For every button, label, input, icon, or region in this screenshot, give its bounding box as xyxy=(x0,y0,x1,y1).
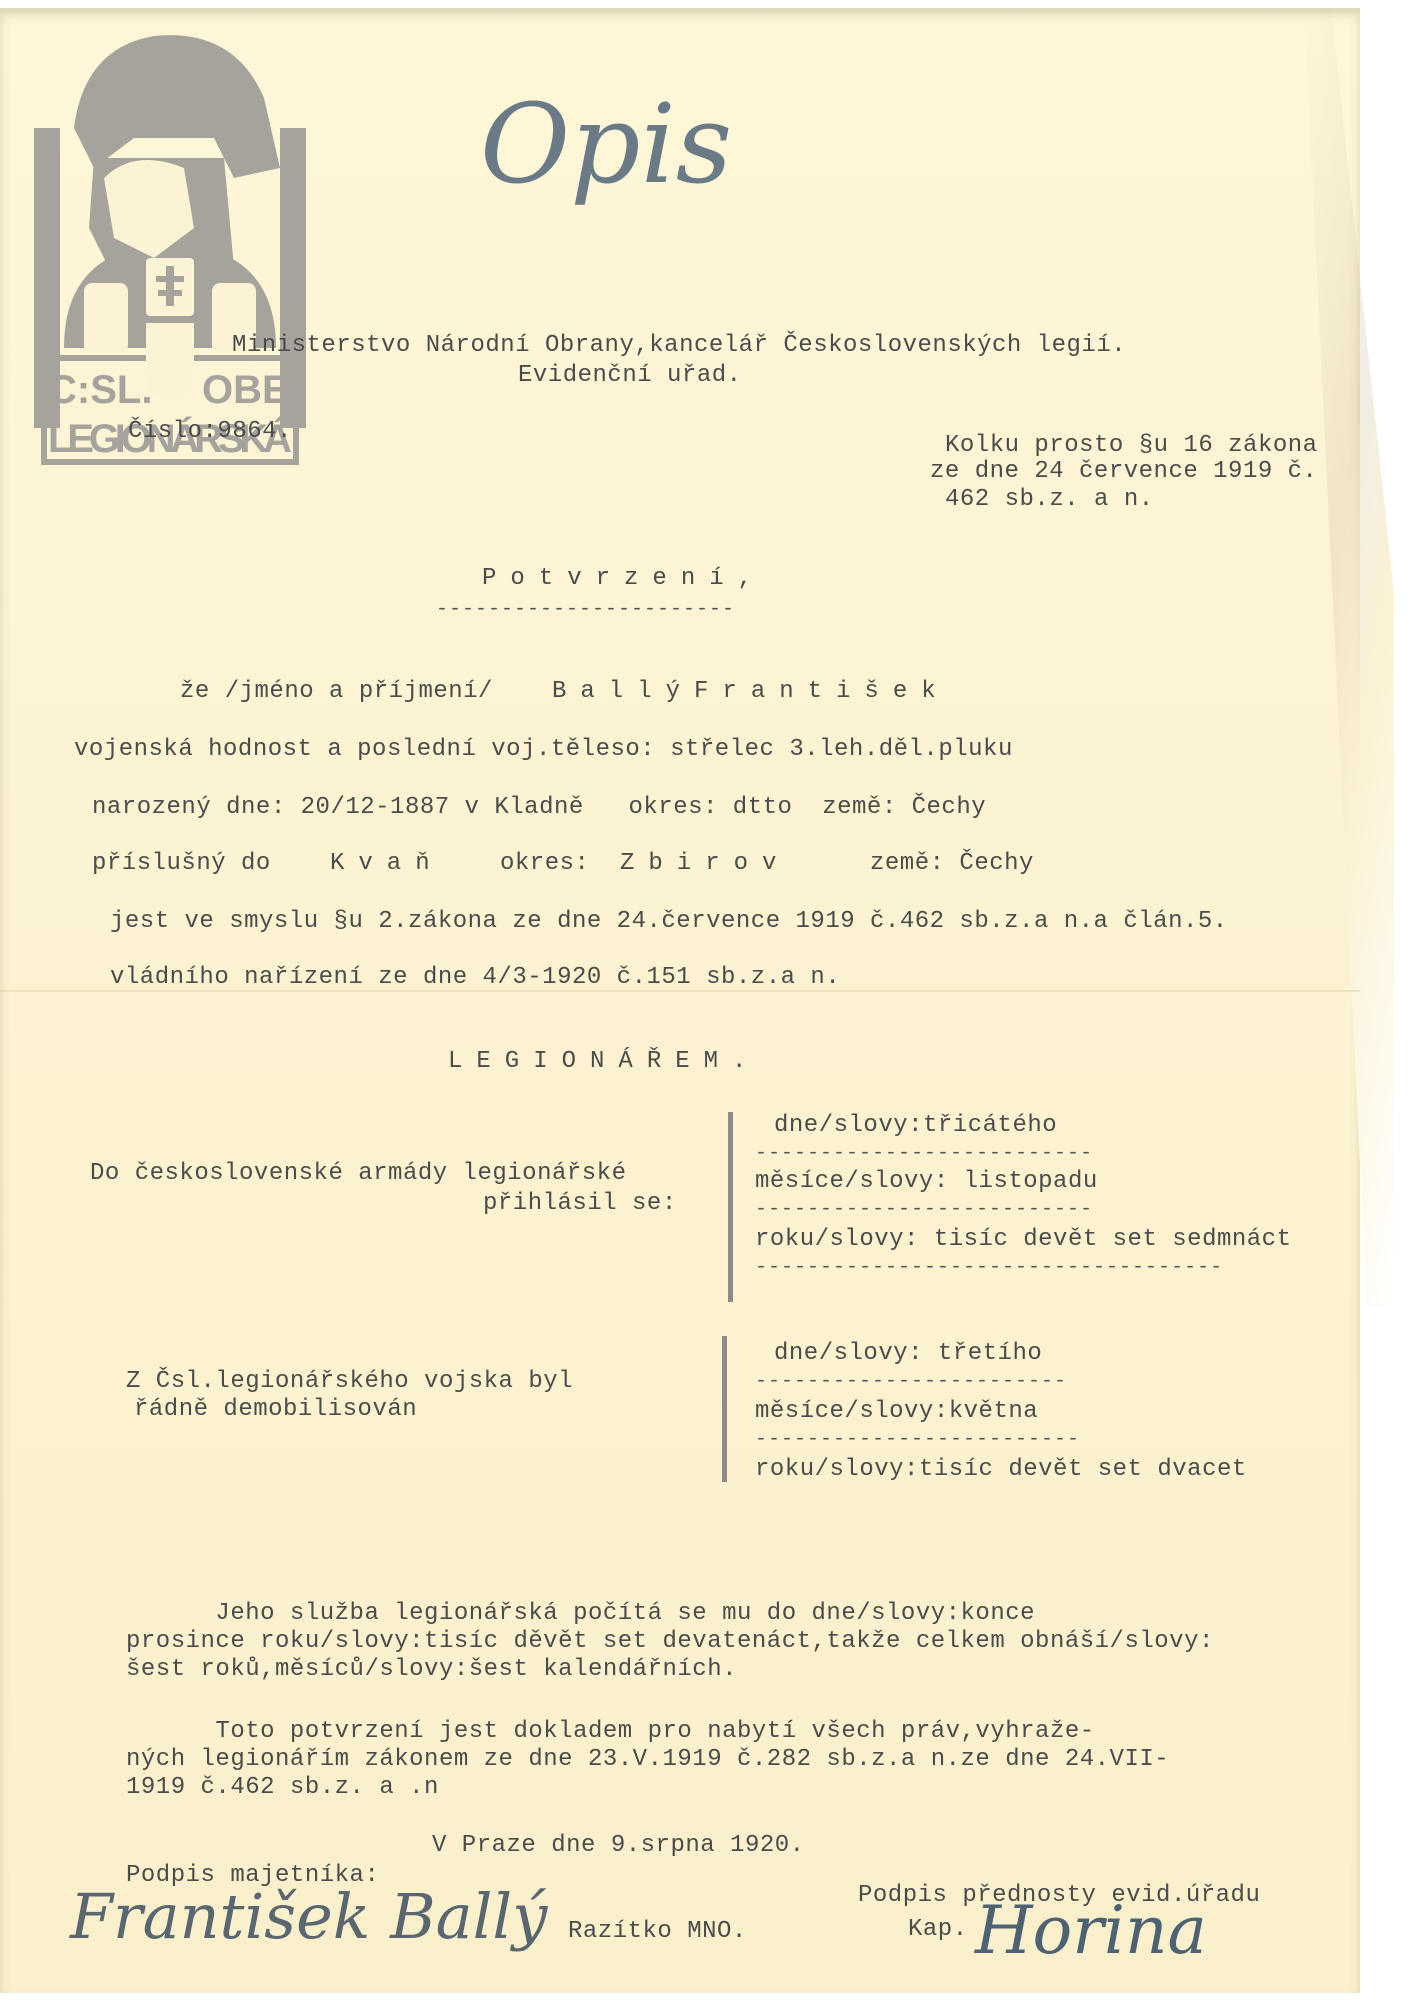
district-label: okres: xyxy=(500,850,589,877)
chief-signature: Horina xyxy=(975,1892,1207,1969)
svg-text:OBEC: OBEC xyxy=(202,368,306,412)
domicile-label: příslušný do xyxy=(92,850,271,877)
demob-day-underline: ------------------------ xyxy=(755,1370,1067,1393)
owner-signature: František Ballý xyxy=(70,1880,547,1953)
chief-rank: Kap. xyxy=(908,1916,968,1943)
stamp-note-line-1: Kolku prosto §u 16 zákona xyxy=(945,432,1318,459)
name-value: BallýFrantišek xyxy=(552,678,950,705)
office-heading: Evidenční uřad. xyxy=(518,362,742,389)
demob-bracket xyxy=(722,1336,727,1482)
enlistment-day: dne/slovy:třicátého xyxy=(774,1112,1057,1139)
legion-logo-icon: C:SL. OBEC LEGIONÁRSKÁ xyxy=(34,28,306,468)
service-line-1: Jeho služba legionářská počítá se mu do … xyxy=(126,1600,1035,1627)
document-number: Číslo:9864. xyxy=(128,418,292,445)
demob-label-1: Z Čsl.legionářského vojska byl xyxy=(126,1368,573,1395)
law-line-1: jest ve smyslu §u 2.zákona ze dne 24.čer… xyxy=(110,908,1228,935)
demob-year: roku/slovy:tisíc devět set dvacet xyxy=(755,1456,1247,1483)
svg-text:C:SL.: C:SL. xyxy=(48,368,152,412)
demob-day: dne/slovy: třetího xyxy=(774,1340,1042,1367)
document-title: Potvrzení, xyxy=(482,565,766,592)
stamp-note-line-2: ze dne 24 července 1919 č. xyxy=(930,458,1317,485)
enlistment-month: měsíce/slovy: listopadu xyxy=(755,1168,1098,1195)
district-value: Zbirov xyxy=(620,850,790,877)
law-line-2: vládního nařízení ze dne 4/3-1920 č.151 … xyxy=(110,964,840,991)
enlistment-month-underline: -------------------------- xyxy=(755,1198,1093,1221)
service-line-2: prosince roku/slovy:tisíc děvět set deva… xyxy=(126,1628,1214,1655)
enlistment-year-underline: ------------------------------------ xyxy=(755,1256,1223,1279)
birth-line: narozený dne: 20/12-1887 v Kladně okres:… xyxy=(92,794,986,821)
enlistment-bracket xyxy=(728,1112,733,1302)
handwritten-opis: Opis xyxy=(480,80,732,208)
demob-month: měsíce/slovy:května xyxy=(755,1398,1038,1425)
enlistment-label-2: přihlásil se: xyxy=(483,1190,677,1217)
demob-month-underline: ------------------------- xyxy=(755,1428,1080,1451)
demob-label-2: řádně demobilisován xyxy=(134,1396,417,1423)
land-label: země: Čechy xyxy=(870,850,1034,877)
title-underline: ----------------------- xyxy=(436,598,735,621)
rank-line: vojenská hodnost a poslední voj.těleso: … xyxy=(74,736,1013,763)
enlistment-label-1: Do československé armády legionářské xyxy=(90,1160,626,1187)
place-date: V Praze dne 9.srpna 1920. xyxy=(432,1832,805,1859)
enlistment-year: roku/slovy: tisíc devět set sedmnáct xyxy=(755,1226,1291,1253)
validity-line-3: 1919 č.462 sb.z. a .n xyxy=(126,1774,439,1801)
stamp-note-line-3: 462 sb.z. a n. xyxy=(945,486,1154,513)
validity-line-2: ných legionářím zákonem ze dne 23.V.1919… xyxy=(126,1746,1169,1773)
domicile-value: Kvaň xyxy=(330,850,444,877)
service-line-3: šest roků,měsíců/slovy:šest kalendářních… xyxy=(126,1656,737,1683)
enlistment-day-underline: -------------------------- xyxy=(755,1142,1093,1165)
stamp-label: Razítko MNO. xyxy=(568,1918,747,1945)
legionnaire-heading: LEGIONÁŘEM. xyxy=(448,1048,760,1075)
ministry-heading: Ministerstvo Národní Obrany,kancelář Čes… xyxy=(232,332,1126,359)
name-label: že /jméno a příjmení/ xyxy=(180,678,493,705)
validity-line-1: Toto potvrzení jest dokladem pro nabytí … xyxy=(126,1718,1095,1745)
